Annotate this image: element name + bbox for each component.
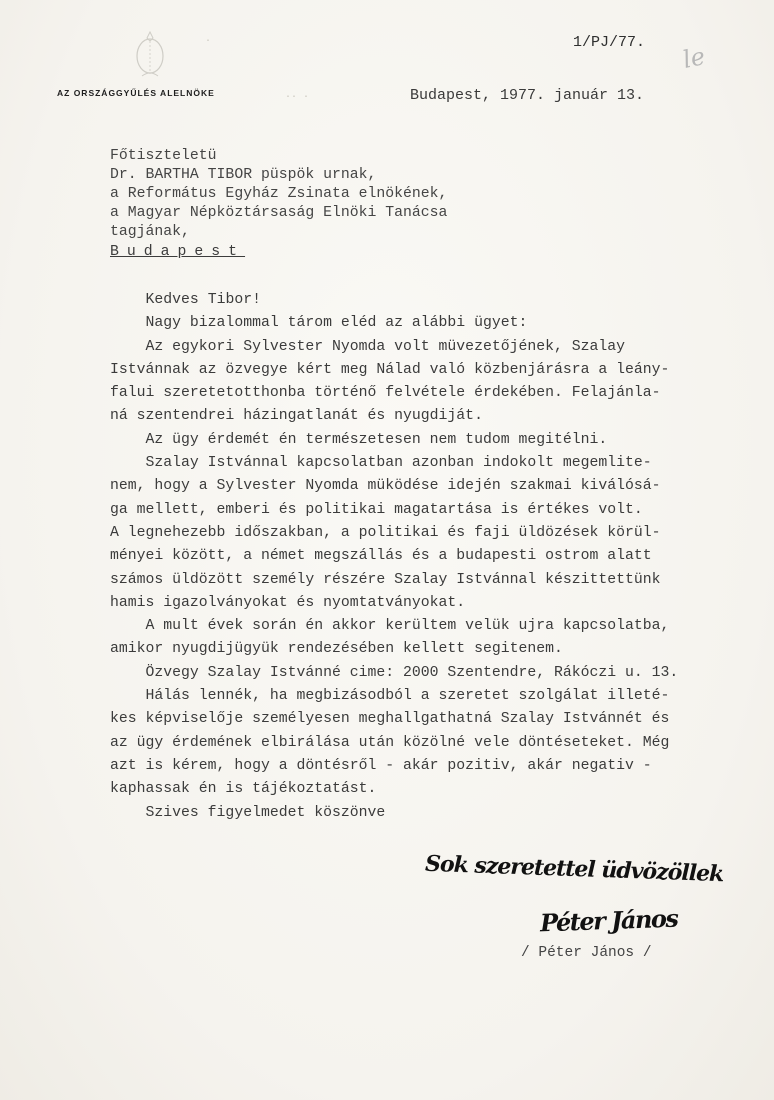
- paper-smudge: ·: [205, 36, 211, 47]
- body-line: ményei között, a német megszállás és a b…: [110, 545, 740, 568]
- letter-page: AZ ORSZÁGGYŰLÉS ALELNÖKE 1/PJ/77. le Bud…: [0, 0, 774, 1100]
- addressee-line: a Református Egyház Zsinata elnökének,: [110, 185, 447, 204]
- salutation: Kedves Tibor!: [110, 289, 740, 312]
- body-line: azt is kérem, hogy a döntésről - akár po…: [110, 755, 740, 778]
- body-line: falui szeretetotthonba történő felvétele…: [110, 382, 740, 405]
- reference-number: 1/PJ/77.: [573, 34, 645, 51]
- addressee-city: Budapest: [110, 244, 245, 260]
- body-line: ga mellett, emberi és politikai magatart…: [110, 499, 740, 522]
- body-line: A legnehezebb időszakban, a politikai és…: [110, 522, 740, 545]
- addressee-line: tagjának,: [110, 223, 447, 242]
- dateline: Budapest, 1977. január 13.: [410, 87, 644, 104]
- body-line: Istvánnak az özvegye kért meg Nálad való…: [110, 359, 740, 382]
- body-line: Az egykori Sylvester Nyomda volt müvezet…: [110, 336, 740, 359]
- body-line: kes képviselője személyesen meghallgatha…: [110, 708, 740, 731]
- body-line: Az ügy érdemét én természetesen nem tudo…: [110, 429, 740, 452]
- letter-body: Kedves Tibor! Nagy bizalommal tárom eléd…: [110, 289, 740, 825]
- body-line: Özvegy Szalay Istvánné cime: 2000 Szente…: [110, 662, 740, 685]
- addressee-block: Főtiszteletü Dr. BARTHA TIBOR püspök urn…: [110, 147, 447, 242]
- body-line: ná szentendrei házingatlanát és nyugdijá…: [110, 405, 740, 428]
- addressee-line: Dr. BARTHA TIBOR püspök urnak,: [110, 166, 447, 185]
- body-line: Szalay Istvánnal kapcsolatban azonban in…: [110, 452, 740, 475]
- addressee-line: Főtiszteletü: [110, 147, 447, 166]
- addressee-line: a Magyar Népköztársaság Elnöki Tanácsa: [110, 204, 447, 223]
- letterhead-office: AZ ORSZÁGGYŰLÉS ALELNÖKE: [57, 88, 215, 98]
- body-line: A mult évek során én akkor kerültem velü…: [110, 615, 740, 638]
- body-line: Szives figyelmedet köszönve: [110, 802, 740, 825]
- body-line: nem, hogy a Sylvester Nyomda müködése id…: [110, 475, 740, 498]
- handwritten-closing: Sok szeretettel üdvözöllek: [425, 851, 724, 887]
- signer-name: / Péter János /: [521, 945, 652, 961]
- body-line: hamis igazolványokat és nyomtatványokat.: [110, 592, 740, 615]
- body-line: az ügy érdemének elbirálása után közölné…: [110, 732, 740, 755]
- body-line: amikor nyugdijügyük rendezésében kellett…: [110, 638, 740, 661]
- pencil-annotation: le: [680, 42, 707, 74]
- body-line: Hálás lennék, ha megbizásodból a szerete…: [110, 685, 740, 708]
- handwritten-signature: Péter János: [540, 904, 678, 938]
- paper-smudge: ·· ·: [285, 92, 309, 103]
- body-line: Nagy bizalommal tárom eléd az alábbi ügy…: [110, 312, 740, 335]
- coat-of-arms-icon: [130, 26, 170, 82]
- body-line: kaphassak én is tájékoztatást.: [110, 778, 740, 801]
- body-line: számos üldözött személy részére Szalay I…: [110, 569, 740, 592]
